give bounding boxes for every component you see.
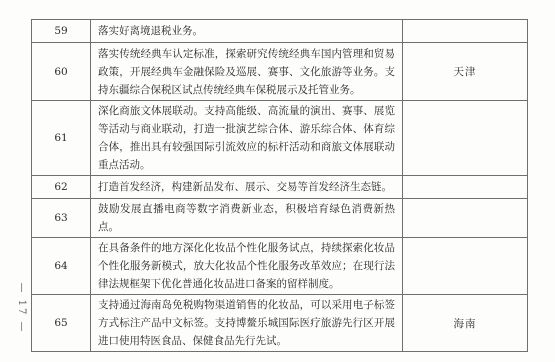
- measure-text-cell: 落实好离境退税业务。: [91, 20, 403, 43]
- measure-text-cell: 鼓励发展直播电商等数字消费新业态，积极培育绿色消费新热点。: [91, 199, 403, 238]
- measure-text-cell: 在具备条件的地方深化化妆品个性化服务试点，持续探索化妆品个性化服务新模式，放大化…: [91, 238, 403, 295]
- document-page: — 17 — 59 落实好离境退税业务。 60 落实传统经典车认定标准，探索研究…: [0, 0, 555, 362]
- region-cell: [403, 101, 528, 176]
- row-number-cell: 63: [32, 199, 91, 238]
- table-row: 64 在具备条件的地方深化化妆品个性化服务试点，持续探索化妆品个性化服务新模式，…: [32, 238, 528, 295]
- table-row: 62 打造首发经济，构建新品发布、展示、交易等首发经济生态链。: [32, 176, 528, 199]
- region-cell: 海南: [403, 295, 528, 352]
- row-number-cell: 59: [32, 20, 91, 43]
- row-number-cell: 61: [32, 101, 91, 176]
- region-cell: [403, 199, 528, 238]
- region-cell: [403, 176, 528, 199]
- table-row: 63 鼓励发展直播电商等数字消费新业态，积极培育绿色消费新热点。: [32, 199, 528, 238]
- region-cell: [403, 20, 528, 43]
- measure-text-cell: 打造首发经济，构建新品发布、展示、交易等首发经济生态链。: [91, 176, 403, 199]
- table-row: 59 落实好离境退税业务。: [32, 20, 528, 43]
- region-cell: [403, 238, 528, 295]
- row-number-cell: 60: [32, 43, 91, 101]
- page-number: — 17 —: [11, 281, 27, 335]
- measures-table: 59 落实好离境退税业务。 60 落实传统经典车认定标准，探索研究传统经典车国内…: [31, 19, 528, 352]
- row-number-cell: 65: [32, 295, 91, 352]
- table-row: 60 落实传统经典车认定标准，探索研究传统经典车国内管理和贸易政策，开展经典车金…: [32, 43, 528, 101]
- table-row: 61 深化商旅文体展联动。支持高能级、高流量的演出、赛事、展览等活动与商业联动，…: [32, 101, 528, 176]
- measure-text-cell: 落实传统经典车认定标准，探索研究传统经典车国内管理和贸易政策，开展经典车金融保险…: [91, 43, 403, 101]
- row-number-cell: 62: [32, 176, 91, 199]
- measure-text-cell: 支持通过海南岛免税购物渠道销售的化妆品，可以采用电子标签方式标注产品中文标签。支…: [91, 295, 403, 352]
- table-row: 65 支持通过海南岛免税购物渠道销售的化妆品，可以采用电子标签方式标注产品中文标…: [32, 295, 528, 352]
- measure-text-cell: 深化商旅文体展联动。支持高能级、高流量的演出、赛事、展览等活动与商业联动，打造一…: [91, 101, 403, 176]
- region-cell: 天津: [403, 43, 528, 101]
- row-number-cell: 64: [32, 238, 91, 295]
